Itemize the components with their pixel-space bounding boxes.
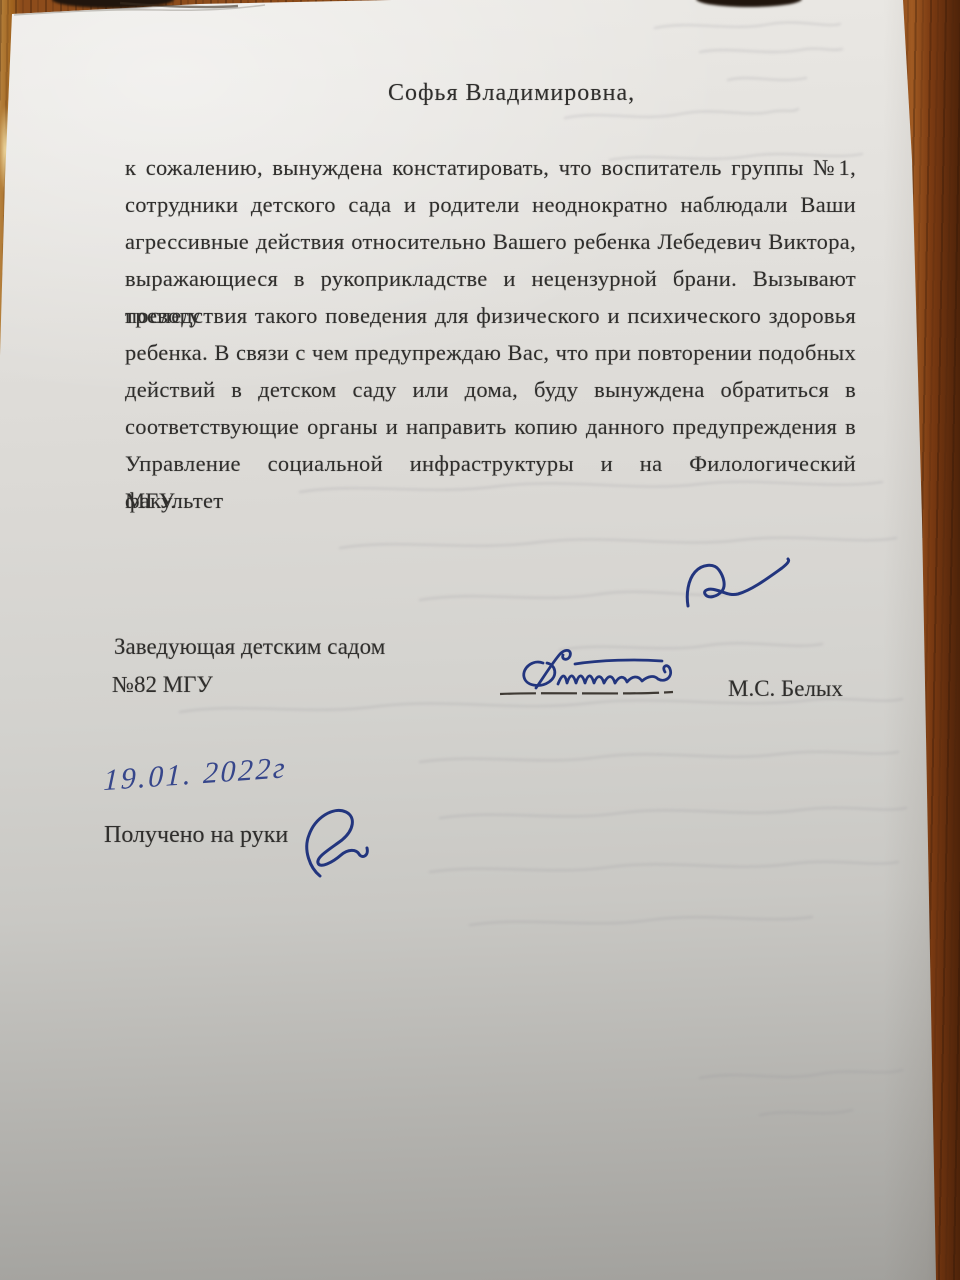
body-line: сотрудники детского сада и родители неод… [125, 186, 856, 223]
body-line: выражающиеся в рукоприкладстве и нецензу… [125, 260, 856, 297]
desk-background: Софья Владимировна, к сожалению, вынужде… [0, 0, 960, 1280]
body-line: соответствующие органы и направить копию… [125, 408, 856, 445]
body-line: ребенка. В связи с чем предупреждаю Вас,… [125, 334, 856, 371]
signature-position-line-1: Заведующая детским садом [114, 634, 385, 660]
body-line: Управление социальной инфраструктуры и н… [125, 445, 856, 482]
letter-body: к сожалению, вынуждена констатировать, ч… [125, 149, 856, 519]
signatory-name: М.С. Белых [728, 676, 843, 702]
salutation: Софья Владимировна, [388, 80, 635, 107]
body-line: действий в детском саду или дома, буду в… [125, 371, 856, 408]
body-line: к сожалению, вынуждена констатировать, ч… [125, 149, 856, 186]
body-line: последствия такого поведения для физичес… [125, 297, 856, 334]
received-note: Получено на руки [104, 822, 288, 849]
body-line: агрессивные действия относительно Вашего… [125, 223, 856, 260]
body-line: МГУ. [125, 482, 856, 519]
signature-position-line-2: №82 МГУ [112, 672, 213, 698]
